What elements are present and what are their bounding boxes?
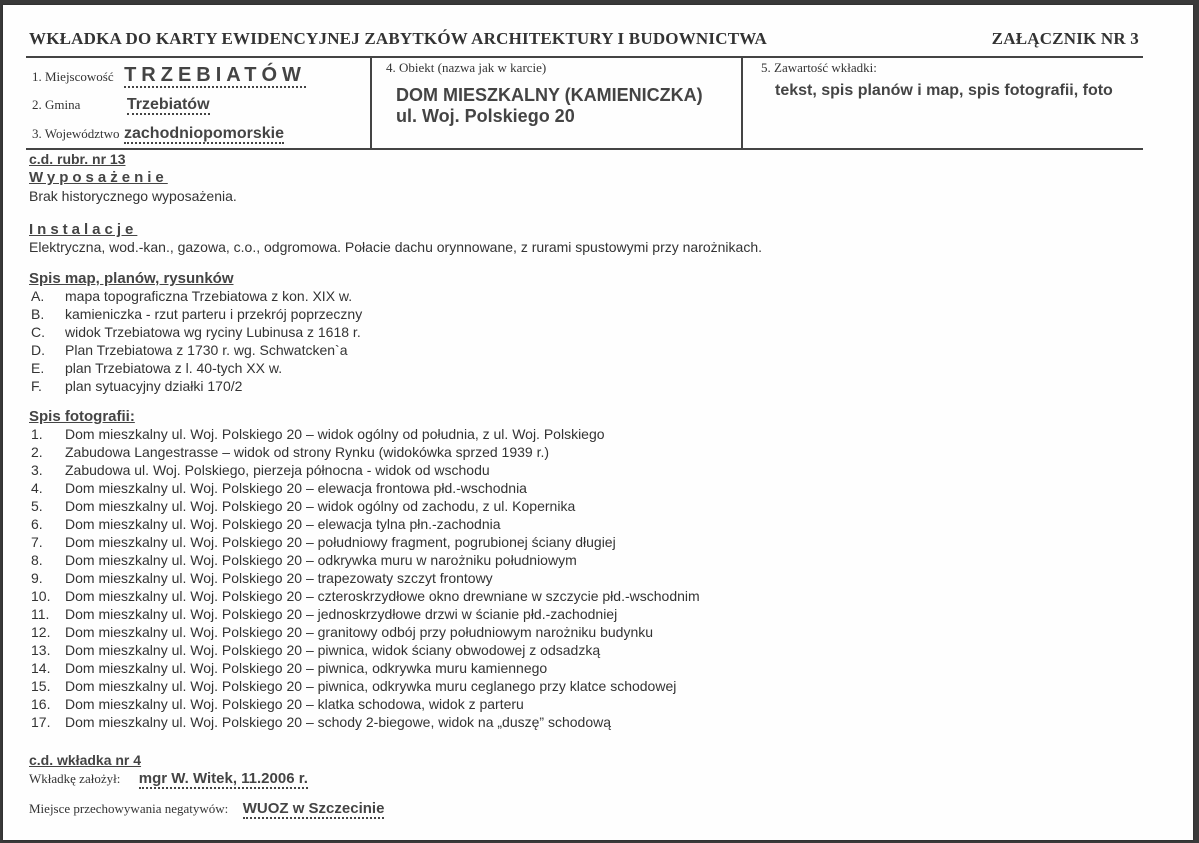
list-item: 2.Zabudowa Langestrasse – widok od stron… <box>31 443 700 461</box>
footer-author: Wkładkę założył: mgr W. Witek, 11.2006 r… <box>29 770 308 788</box>
commune-label: 2. Gmina <box>32 97 80 112</box>
maps-list: A.mapa topograficzna Trzebiatowa z kon. … <box>31 287 362 395</box>
list-item: C.widok Trzebiatowa wg ryciny Lubinusa z… <box>31 323 362 341</box>
list-item: F.plan sytuacyjny działki 170/2 <box>31 377 362 395</box>
maps-heading: Spis map, planów, rysunków <box>29 270 234 287</box>
list-item: 9.Dom mieszkalny ul. Woj. Polskiego 20 –… <box>31 569 700 587</box>
photos-list: 1.Dom mieszkalny ul. Woj. Polskiego 20 –… <box>31 425 700 731</box>
author-label: Wkładkę założył: <box>29 771 120 786</box>
commune-value: Trzebiatów <box>127 96 210 115</box>
list-item: 5.Dom mieszkalny ul. Woj. Polskiego 20 –… <box>31 497 700 515</box>
list-item: 4.Dom mieszkalny ul. Woj. Polskiego 20 –… <box>31 479 700 497</box>
footer-storage: Miejsce przechowywania negatywów: WUOZ w… <box>29 800 384 818</box>
header-top-rule <box>26 56 1143 58</box>
document-page: WKŁADKA DO KARTY EWIDENCYJNEJ ZABYTKÓW A… <box>3 5 1193 840</box>
list-item: 1.Dom mieszkalny ul. Woj. Polskiego 20 –… <box>31 425 700 443</box>
header-bottom-rule <box>26 148 1143 150</box>
list-item: D.Plan Trzebiatowa z 1730 r. wg. Schwatc… <box>31 341 362 359</box>
list-item: 17.Dom mieszkalny ul. Woj. Polskiego 20 … <box>31 713 700 731</box>
equipment-heading: Wyposażenie <box>29 169 168 186</box>
list-item: 6.Dom mieszkalny ul. Woj. Polskiego 20 –… <box>31 515 700 533</box>
storage-value: WUOZ w Szczecinie <box>243 800 385 819</box>
contents-value: tekst, spis planów i map, spis fotografi… <box>775 82 1113 100</box>
storage-label: Miejsce przechowywania negatywów: <box>29 801 228 816</box>
document-header: WKŁADKA DO KARTY EWIDENCYJNEJ ZABYTKÓW A… <box>29 29 1141 49</box>
list-item: 11.Dom mieszkalny ul. Woj. Polskiego 20 … <box>31 605 700 623</box>
list-item: 8.Dom mieszkalny ul. Woj. Polskiego 20 –… <box>31 551 700 569</box>
locality-value: TRZEBIATÓW <box>124 64 306 88</box>
object-label: 4. Obiekt (nazwa jak w karcie) <box>386 60 546 76</box>
author-value: mgr W. Witek, 11.2006 r. <box>139 770 308 789</box>
list-item: 13.Dom mieszkalny ul. Woj. Polskiego 20 … <box>31 641 700 659</box>
installations-heading: Instalacje <box>29 221 137 238</box>
list-item: A.mapa topograficzna Trzebiatowa z kon. … <box>31 287 362 305</box>
list-item: 14.Dom mieszkalny ul. Woj. Polskiego 20 … <box>31 659 700 677</box>
list-item: 10.Dom mieszkalny ul. Woj. Polskiego 20 … <box>31 587 700 605</box>
list-item: B.kamieniczka - rzut parteru i przekrój … <box>31 305 362 323</box>
installations-text: Elektryczna, wod.-kan., gazowa, c.o., od… <box>29 239 762 255</box>
list-item: 12.Dom mieszkalny ul. Woj. Polskiego 20 … <box>31 623 700 641</box>
voivodeship-value: zachodniopomorskie <box>124 125 284 144</box>
column-divider-1 <box>370 57 372 149</box>
column-divider-2 <box>741 57 743 149</box>
attachment-number: ZAŁĄCZNIK NR 3 <box>992 29 1139 49</box>
field-commune: 2. Gmina Trzebiatów <box>32 96 210 114</box>
photos-heading: Spis fotografii: <box>29 408 135 425</box>
equipment-text: Brak historycznego wyposażenia. <box>29 188 237 204</box>
list-item: 15.Dom mieszkalny ul. Woj. Polskiego 20 … <box>31 677 700 695</box>
field-locality: 1. Miejscowość TRZEBIATÓW <box>32 64 306 87</box>
document-title: WKŁADKA DO KARTY EWIDENCYJNEJ ZABYTKÓW A… <box>29 29 767 48</box>
locality-label: 1. Miejscowość <box>32 69 114 84</box>
contents-label: 5. Zawartość wkładki: <box>761 60 877 76</box>
object-address: ul. Woj. Polskiego 20 <box>396 106 575 127</box>
list-item: E.plan Trzebiatowa z l. 40-tych XX w. <box>31 359 362 377</box>
list-item: 16.Dom mieszkalny ul. Woj. Polskiego 20 … <box>31 695 700 713</box>
object-name: DOM MIESZKALNY (KAMIENICZKA) <box>396 85 703 106</box>
continuation-heading: c.d. rubr. nr 13 <box>29 151 125 167</box>
voivodeship-label: 3. Województwo <box>32 126 120 141</box>
field-voivodeship: 3. Województwo zachodniopomorskie <box>32 125 284 143</box>
list-item: 3.Zabudowa ul. Woj. Polskiego, pierzeja … <box>31 461 700 479</box>
list-item: 7.Dom mieszkalny ul. Woj. Polskiego 20 –… <box>31 533 700 551</box>
footer-continuation: c.d. wkładka nr 4 <box>29 752 141 768</box>
